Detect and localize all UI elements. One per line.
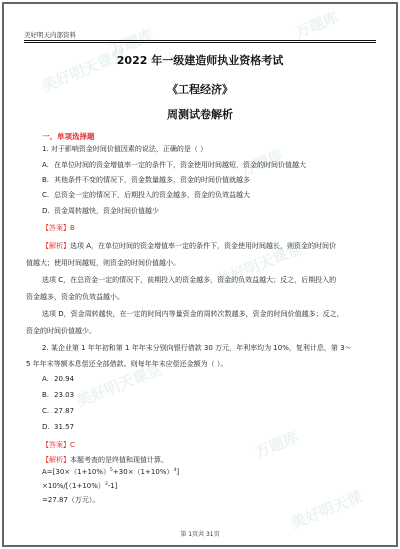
question-1-option-b: B.其他条件不变的情况下，资金数量越多，资金的时间价值就越多 xyxy=(42,175,250,185)
answer-value: C xyxy=(70,441,75,449)
analysis-text: 选项 A，在单位时间的资金增值率一定的条件下，资金使用时间越长，则资金的时间价 xyxy=(70,242,336,250)
question-1-option-c: C.总资金一定的情况下，后期投入的资金越多，资金的负效益越大 xyxy=(42,190,250,200)
formula-part: +30×（1+10%） xyxy=(113,468,174,476)
option-text: 总资金一定的情况下，后期投入的资金越多，资金的负效益越大 xyxy=(54,191,250,199)
option-letter: B. xyxy=(42,176,54,184)
option-letter: A. xyxy=(42,375,54,383)
question-2-option-b: B.23.03 xyxy=(42,391,74,399)
watermark: 美好明天课 xyxy=(288,486,365,534)
option-text: 其他条件不变的情况下，资金数量越多，资金的时间价值就越多 xyxy=(54,176,250,184)
question-1-answer: 【答案】B xyxy=(42,223,75,233)
question-1-analysis-line: 选项 C，在总资金一定的情况下，前期投入的资金越多，资金的负效益越大；反之，后期… xyxy=(42,275,336,285)
question-2-stem: 5 年年末等额本息偿还全部借款。则每年年末应偿还金额为（ ）。 xyxy=(26,359,227,369)
answer-value: B xyxy=(70,224,75,232)
question-1-analysis-line: 资金越多，资金的负效益越小。 xyxy=(26,292,124,302)
answer-label: 【答案】 xyxy=(42,224,70,232)
question-2-option-a: A.20.94 xyxy=(42,375,74,383)
option-letter: D. xyxy=(42,207,54,215)
document-page: 万题库 万题库 美好明天课堂 万题库 美好明天课堂 美好明天课堂 万题库 美好明… xyxy=(2,2,398,547)
option-letter: C. xyxy=(42,407,54,415)
option-text: 资金周转越快，资金时间价值越少 xyxy=(54,207,159,215)
header-divider xyxy=(24,40,376,43)
answer-label: 【答案】 xyxy=(42,441,70,449)
document-title: 2022 年一级建造师执业资格考试 xyxy=(4,52,396,68)
question-1-analysis-line: 资金的时间价值越少。 xyxy=(26,326,96,336)
watermark: 万题库 xyxy=(252,426,302,462)
formula-part: ] xyxy=(176,468,179,476)
formula-line-2: ×10%/[（1+10%）3-1] xyxy=(42,481,117,491)
question-2-option-c: C.27.87 xyxy=(42,407,74,415)
formula-part: A=[30×（1+10%） xyxy=(42,468,110,476)
document-subtitle: 周测试卷解析 xyxy=(4,106,396,122)
formula-result: =27.87（万元）。 xyxy=(42,495,99,505)
option-text: 27.87 xyxy=(54,407,74,415)
analysis-label: 【解析】 xyxy=(42,456,70,464)
question-1-analysis-line: 值越大；使用时间越短，则资金的时间价值越小。 xyxy=(26,258,180,268)
question-1-option-d: D.资金周转越快，资金时间价值越少 xyxy=(42,206,159,216)
option-text: 在单位时间的资金增值率一定的条件下，资金使用时间越短，资金的时间价值越大 xyxy=(54,161,306,169)
analysis-label: 【解析】 xyxy=(42,242,70,250)
option-letter: B. xyxy=(42,391,54,399)
question-2-analysis: 【解析】本题考查的是终值和现值计算。 xyxy=(42,455,168,465)
question-2-option-d: D.31.57 xyxy=(42,423,74,431)
page-number: 第 1页共 31页 xyxy=(4,529,396,538)
option-text: 20.94 xyxy=(54,375,74,383)
formula-line-1: A=[30×（1+10%）5+30×（1+10%）4] xyxy=(42,467,179,477)
question-1-stem: 1. 对于影响资金时间价值因素的说法，正确的是（ ） xyxy=(42,144,207,154)
formula-part: ×10%/[（1+10%） xyxy=(42,482,105,490)
option-text: 23.03 xyxy=(54,391,74,399)
header-org-label: 美好明天内部资料 xyxy=(24,30,76,39)
question-1-analysis-line: 【解析】选项 A，在单位时间的资金增值率一定的条件下，资金使用时间越长，则资金的… xyxy=(42,241,336,251)
document-subject: 《工程经济》 xyxy=(4,81,396,97)
question-1-analysis-line: 选项 D，资金周转越快，在一定的时间内等量资金的周转次数越多，资金的时间价值越多… xyxy=(42,309,344,319)
option-letter: D. xyxy=(42,423,54,431)
question-2-answer: 【答案】C xyxy=(42,440,75,450)
question-2-stem: 2. 某企业第 1 年年初和第 1 年年末分别向银行借款 30 万元，年利率均为… xyxy=(42,343,352,353)
analysis-text: 本题考查的是终值和现值计算。 xyxy=(70,456,168,464)
option-letter: C. xyxy=(42,191,54,199)
option-letter: A. xyxy=(42,161,54,169)
watermark: 万题库 xyxy=(292,6,342,42)
question-1-option-a: A.在单位时间的资金增值率一定的条件下，资金使用时间越短，资金的时间价值越大 xyxy=(42,160,306,170)
option-text: 31.57 xyxy=(54,423,74,431)
section-heading: 一、单项选择题 xyxy=(42,131,95,142)
formula-part: -1] xyxy=(108,482,118,490)
